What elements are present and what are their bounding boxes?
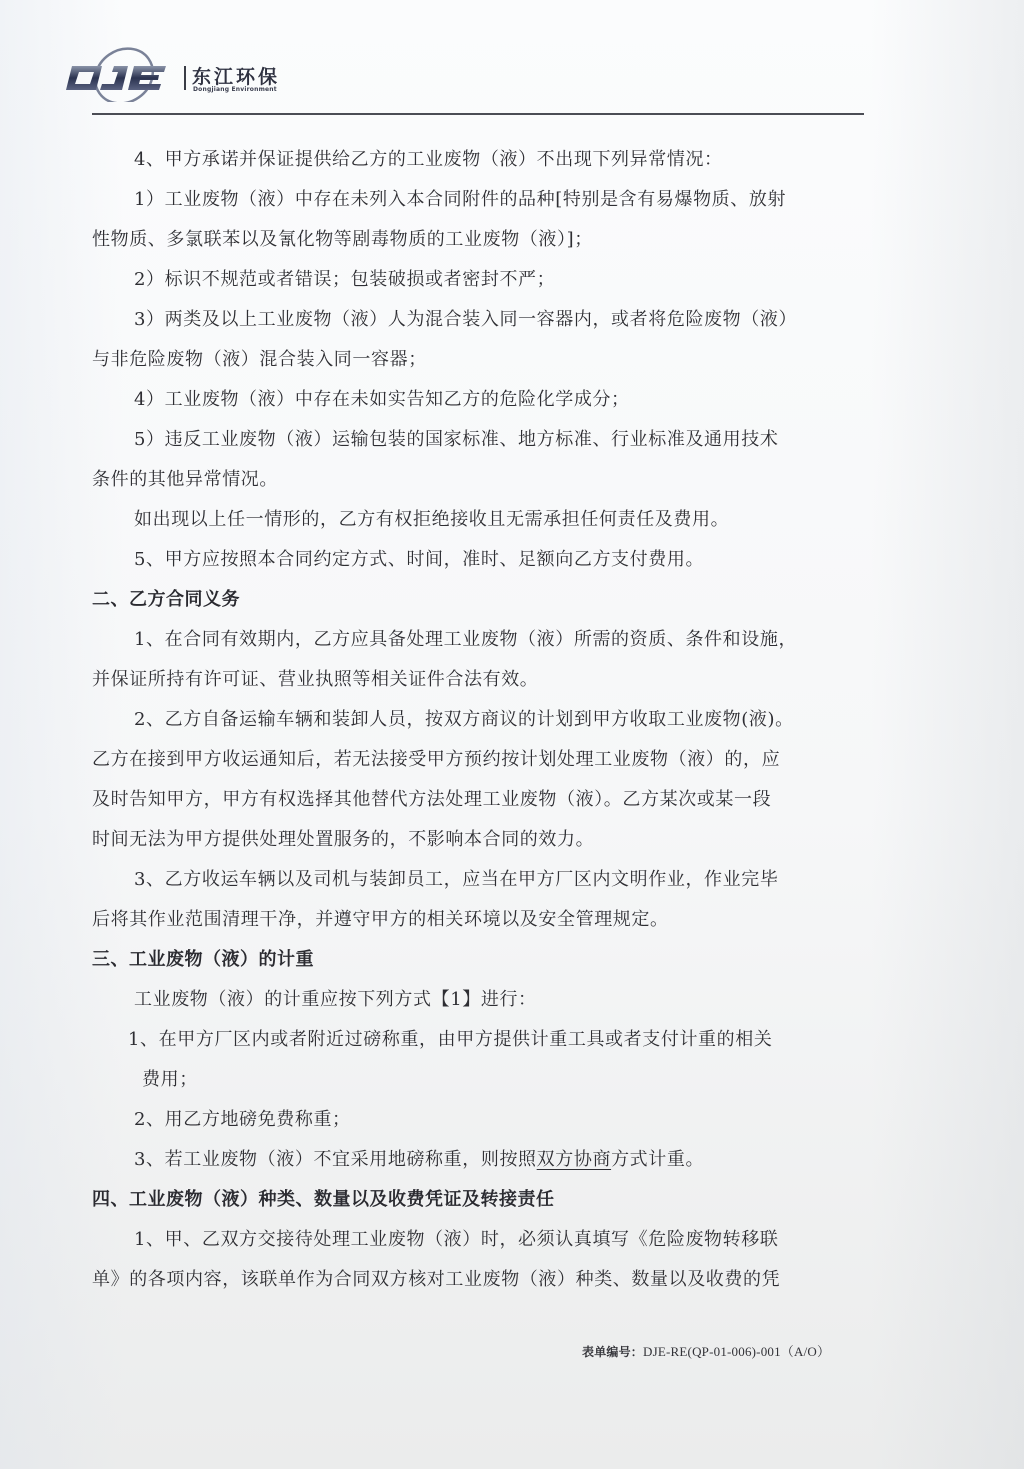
paragraph-line: 5）违反工业废物（液）运输包装的国家标准、地方标准、行业标准及通用技术	[134, 428, 778, 452]
paragraph-line: 1、在甲方厂区内或者附近过磅称重，由甲方提供计重工具或者支付计重的相关	[128, 1028, 772, 1052]
form-number: 表单编号：DJE-RE(QP-01-006)-001（A/O）	[582, 1341, 830, 1360]
line-text: 5、甲方应按照本合同约定方式、时间，准时、足额向乙方支付费用。	[134, 549, 704, 570]
paragraph-line: 3）两类及以上工业废物（液）人为混合装入同一容器内，或者将危险废物（液）	[134, 308, 797, 332]
section-heading: 三、工业废物（液）的计重	[92, 948, 314, 972]
paragraph-line: 3、若工业废物（液）不宜采用地磅称重，则按照双方协商方式计重。	[134, 1148, 704, 1172]
paragraph-line: 2）标识不规范或者错误；包装破损或者密封不严；	[134, 268, 555, 292]
company-name-en: Dongjiang Environment	[193, 86, 277, 93]
line-text: 1、在甲方厂区内或者附近过磅称重，由甲方提供计重工具或者支付计重的相关	[128, 1029, 772, 1050]
line-text: 1、甲、乙双方交接待处理工业废物（液）时，必须认真填写《危险废物转移联	[134, 1229, 778, 1250]
line-text: 如出现以上任一情形的，乙方有权拒绝接收且无需承担任何责任及费用。	[134, 509, 729, 530]
paragraph-line: 工业废物（液）的计重应按下列方式【1】进行：	[134, 988, 537, 1012]
line-text: 时间无法为甲方提供处理处置服务的，不影响本合同的效力。	[92, 829, 594, 850]
paragraph-line: 性物质、多氯联苯以及氰化物等剧毒物质的工业废物（液）]；	[92, 228, 593, 252]
header-rule	[92, 113, 864, 115]
line-text: 二、乙方合同义务	[92, 589, 240, 610]
paragraph-line: 1）工业废物（液）中存在未列入本合同附件的品种[特别是含有易爆物质、放射	[134, 188, 786, 212]
paragraph-line: 并保证所持有许可证、营业执照等相关证件合法有效。	[92, 668, 538, 692]
line-text: 性物质、多氯联苯以及氰化物等剧毒物质的工业废物（液）]；	[92, 229, 593, 250]
line-text: 2、乙方自备运输车辆和装卸人员，按双方商议的计划到甲方收取工业废物(液)。	[134, 709, 794, 730]
line-text: 2、用乙方地磅免费称重；	[134, 1109, 351, 1130]
form-number-value: DJE-RE(QP-01-006)-001（A/O）	[643, 1344, 830, 1359]
paragraph-line: 及时告知甲方，甲方有权选择其他替代方法处理工业废物（液）。乙方某次或某一段	[92, 788, 771, 812]
line-text: 与非危险废物（液）混合装入同一容器；	[92, 349, 427, 370]
paragraph-line: 如出现以上任一情形的，乙方有权拒绝接收且无需承担任何责任及费用。	[134, 508, 729, 532]
line-text: 三、工业废物（液）的计重	[92, 949, 314, 970]
paragraph-line: 4、甲方承诺并保证提供给乙方的工业废物（液）不出现下列异常情况：	[134, 148, 723, 172]
line-text: 3）两类及以上工业废物（液）人为混合装入同一容器内，或者将危险废物（液）	[134, 309, 797, 330]
line-text: 1）工业废物（液）中存在未列入本合同附件的品种[特别是含有易爆物质、放射	[134, 189, 786, 210]
line-text: 费用；	[142, 1069, 198, 1090]
line-text: 条件的其他异常情况。	[92, 469, 278, 490]
paragraph-line: 与非危险废物（液）混合装入同一容器；	[92, 348, 427, 372]
form-number-label: 表单编号：	[582, 1345, 643, 1359]
paragraph-line: 条件的其他异常情况。	[92, 468, 278, 492]
company-name-cn: 东江环保	[192, 62, 280, 89]
paragraph-line: 1、在合同有效期内，乙方应具备处理工业废物（液）所需的资质、条件和设施，	[134, 628, 797, 652]
paragraph-line: 费用；	[142, 1068, 198, 1092]
line-text: 后将其作业范围清理干净，并遵守甲方的相关环境以及安全管理规定。	[92, 909, 669, 930]
line-text: 3、若工业废物（液）不宜采用地磅称重，则按照	[134, 1149, 537, 1170]
paragraph-line: 2、乙方自备运输车辆和装卸人员，按双方商议的计划到甲方收取工业废物(液)。	[134, 708, 794, 732]
paragraph-line: 4）工业废物（液）中存在未如实告知乙方的危险化学成分；	[134, 388, 630, 412]
paragraph-line: 单》的各项内容，该联单作为合同双方核对工业废物（液）种类、数量以及收费的凭	[92, 1268, 780, 1292]
dje-logo-icon	[66, 44, 186, 102]
paragraph-line: 后将其作业范围清理干净，并遵守甲方的相关环境以及安全管理规定。	[92, 908, 669, 932]
line-text: 单》的各项内容，该联单作为合同双方核对工业废物（液）种类、数量以及收费的凭	[92, 1269, 780, 1290]
line-text: 5）违反工业废物（液）运输包装的国家标准、地方标准、行业标准及通用技术	[134, 429, 778, 450]
line-text: 1、在合同有效期内，乙方应具备处理工业废物（液）所需的资质、条件和设施，	[134, 629, 797, 650]
section-heading: 二、乙方合同义务	[92, 588, 240, 612]
paragraph-line: 1、甲、乙双方交接待处理工业废物（液）时，必须认真填写《危险废物转移联	[134, 1228, 778, 1252]
underlined-fill-text: 双方协商	[537, 1149, 611, 1170]
line-text: 乙方在接到甲方收运通知后，若无法接受甲方预约按计划处理工业废物（液）的，应	[92, 749, 780, 770]
line-text: 4、甲方承诺并保证提供给乙方的工业废物（液）不出现下列异常情况：	[134, 149, 723, 170]
paragraph-line: 3、乙方收运车辆以及司机与装卸员工，应当在甲方厂区内文明作业，作业完毕	[134, 868, 778, 892]
paragraph-line: 2、用乙方地磅免费称重；	[134, 1108, 351, 1132]
line-text: 并保证所持有许可证、营业执照等相关证件合法有效。	[92, 669, 538, 690]
paragraph-line: 乙方在接到甲方收运通知后，若无法接受甲方预约按计划处理工业废物（液）的，应	[92, 748, 780, 772]
line-text: 3、乙方收运车辆以及司机与装卸员工，应当在甲方厂区内文明作业，作业完毕	[134, 869, 778, 890]
line-text-tail: 方式计重。	[611, 1149, 704, 1170]
paragraph-line: 5、甲方应按照本合同约定方式、时间，准时、足额向乙方支付费用。	[134, 548, 704, 572]
line-text: 4）工业废物（液）中存在未如实告知乙方的危险化学成分；	[134, 389, 630, 410]
logo-divider	[184, 66, 186, 90]
letterhead: 东江环保 Dongjiang Environment	[66, 44, 866, 104]
line-text: 及时告知甲方，甲方有权选择其他替代方法处理工业废物（液）。乙方某次或某一段	[92, 789, 771, 810]
section-heading: 四、工业废物（液）种类、数量以及收费凭证及转接责任	[92, 1188, 555, 1212]
line-text: 2）标识不规范或者错误；包装破损或者密封不严；	[134, 269, 555, 290]
paragraph-line: 时间无法为甲方提供处理处置服务的，不影响本合同的效力。	[92, 828, 594, 852]
line-text: 工业废物（液）的计重应按下列方式【1】进行：	[134, 989, 537, 1010]
line-text: 四、工业废物（液）种类、数量以及收费凭证及转接责任	[92, 1189, 555, 1210]
